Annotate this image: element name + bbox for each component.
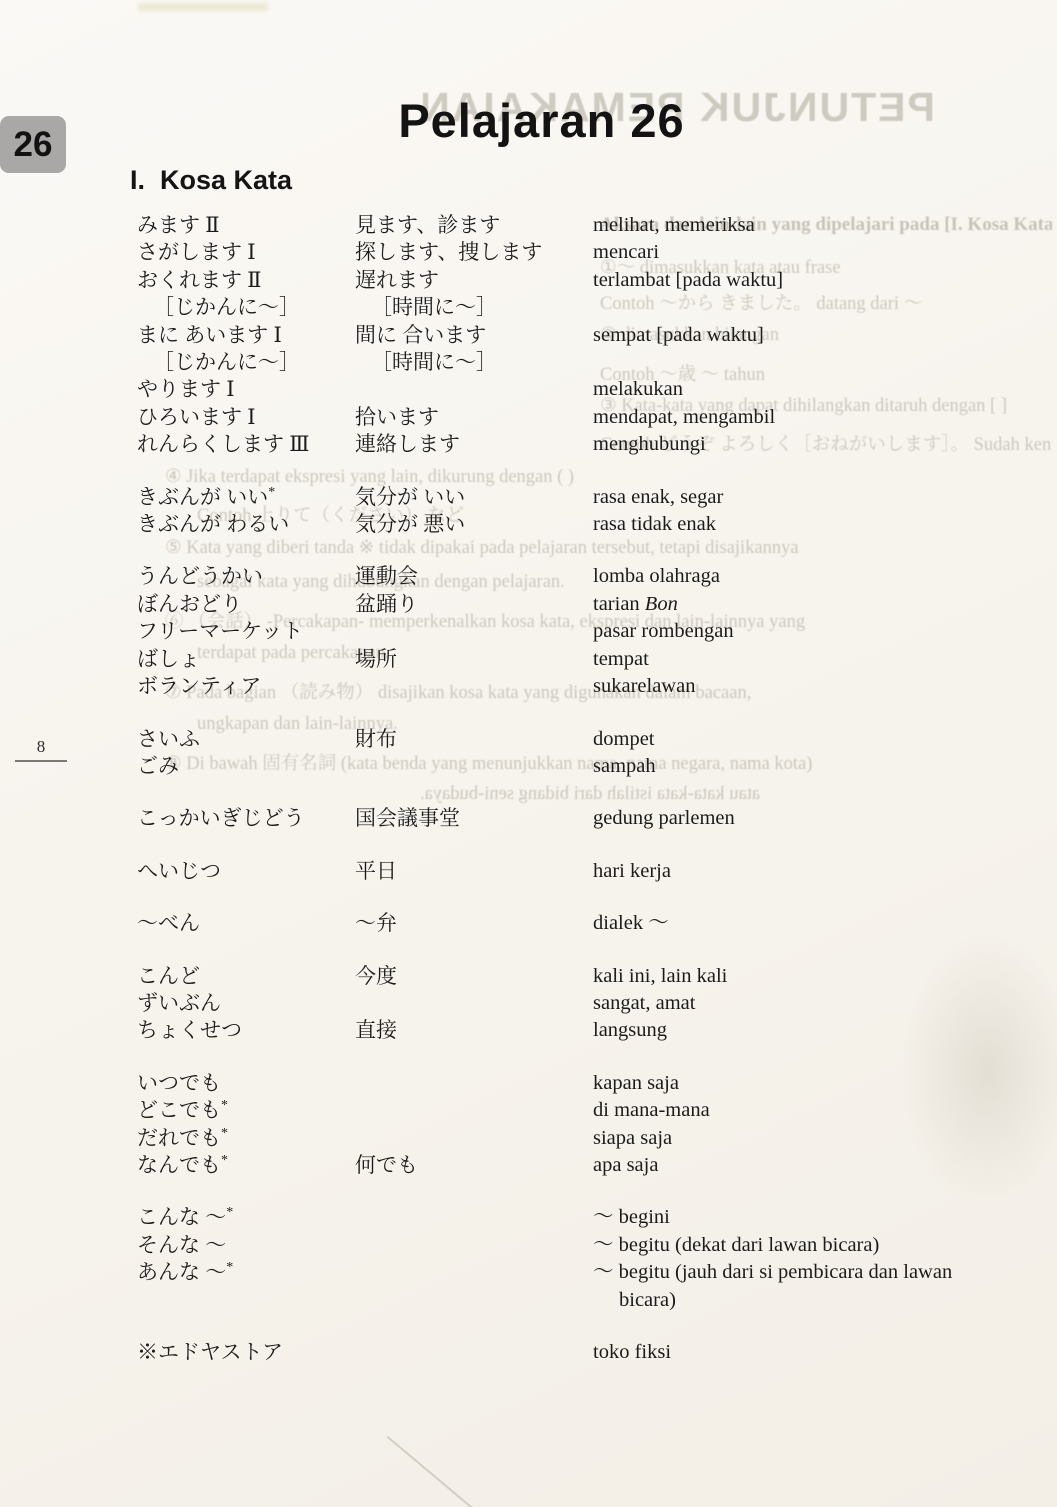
asterisk-mark: * bbox=[221, 1098, 228, 1113]
kanji-text: 盆踊り bbox=[355, 591, 593, 618]
vocab-row: あんな ～*～ begitu (jauh dari si pembicara d… bbox=[137, 1259, 1017, 1314]
meaning-italic: Bon bbox=[645, 593, 678, 615]
kana-text: そんな ～ bbox=[137, 1232, 355, 1259]
kanji-text: 直接 bbox=[355, 1017, 593, 1044]
vocab-row: フリーマーケットpasar rombengan bbox=[137, 618, 1017, 645]
scanned-textbook-page: PETUNJUK PEMAKAIAN Aksara dan lain-lain … bbox=[0, 0, 1057, 1507]
kanji-text: 場所 bbox=[355, 646, 593, 673]
kana-text: さがします Ⅰ bbox=[137, 239, 355, 266]
vocab-row: ひろいます Ⅰ拾いますmendapat, mengambil bbox=[137, 404, 1017, 431]
vocab-row: きぶんが いい*気分が いいrasa enak, segar bbox=[137, 484, 1017, 511]
meaning-text: rasa tidak enak bbox=[593, 511, 997, 538]
kanji-text: 見ます、診ます bbox=[355, 212, 593, 239]
kana-text: やります Ⅰ bbox=[137, 376, 355, 403]
meaning-text: pasar rombengan bbox=[593, 618, 997, 645]
vocab-row: れんらくします Ⅲ連絡しますmenghubungi bbox=[137, 431, 1017, 458]
kanji-text: 気分が 悪い bbox=[355, 511, 593, 538]
kana-text: ごみ bbox=[137, 753, 355, 780]
kana-text: なんでも* bbox=[137, 1152, 355, 1179]
meaning-text: toko fiksi bbox=[593, 1339, 997, 1366]
meaning-text: sampah bbox=[593, 753, 997, 780]
vocab-row: ［じかんに～］［時間に～］ bbox=[137, 294, 1017, 321]
page-number: 8 bbox=[15, 737, 67, 762]
kanji-text: 連絡します bbox=[355, 431, 593, 458]
meaning-text: menghubungi bbox=[593, 431, 997, 458]
vocab-row: きぶんが わるい気分が 悪いrasa tidak enak bbox=[137, 511, 1017, 538]
meaning-text: kali ini, lain kali bbox=[593, 963, 997, 990]
kanji-text: 探します、捜します bbox=[355, 239, 593, 266]
section-title: Kosa Kata bbox=[160, 165, 292, 195]
vocab-row: ボランティアsukarelawan bbox=[137, 673, 1017, 700]
kana-text: ちょくせつ bbox=[137, 1017, 355, 1044]
page-title: Pelajaran 26 bbox=[0, 93, 1057, 148]
vocab-row: さいふ財布dompet bbox=[137, 726, 1017, 753]
kana-text: うんどうかい bbox=[137, 563, 355, 590]
vocab-row: ちょくせつ直接langsung bbox=[137, 1017, 1017, 1044]
vocab-row: そんな ～～ begitu (dekat dari lawan bicara) bbox=[137, 1232, 1017, 1259]
vocab-group: へいじつ平日hari kerja bbox=[137, 858, 1017, 885]
meaning-text: apa saja bbox=[593, 1152, 997, 1179]
meaning-text: tarian Bon bbox=[593, 591, 997, 618]
meaning-text: sempat [pada waktu] bbox=[593, 322, 997, 349]
kana-text: だれでも* bbox=[137, 1125, 355, 1152]
vocab-row: へいじつ平日hari kerja bbox=[137, 858, 1017, 885]
kana-text: フリーマーケット bbox=[137, 618, 355, 645]
vocab-row: どこでも*di mana-mana bbox=[137, 1097, 1017, 1124]
paper-crease-line bbox=[387, 1436, 476, 1507]
vocab-group: いつでもkapan sajaどこでも*di mana-manaだれでも*siap… bbox=[137, 1070, 1017, 1180]
meaning-text: sangat, amat bbox=[593, 990, 997, 1017]
scan-speck bbox=[138, 3, 268, 11]
section-numeral: I. bbox=[130, 165, 145, 195]
asterisk-mark: * bbox=[226, 1260, 233, 1275]
vocab-row: ごみsampah bbox=[137, 753, 1017, 780]
meaning-text: melakukan bbox=[593, 376, 997, 403]
vocab-row: こっかいぎじどう国会議事堂gedung parlemen bbox=[137, 805, 1017, 832]
meaning-text: lomba olahraga bbox=[593, 563, 997, 590]
meaning-text: ～ begitu (jauh dari si pembicara dan law… bbox=[593, 1259, 997, 1314]
vocab-row: おくれます Ⅱ遅れますterlambat [pada waktu] bbox=[137, 267, 1017, 294]
kana-text: こっかいぎじどう bbox=[137, 805, 355, 832]
kana-text: きぶんが いい* bbox=[137, 484, 355, 511]
kana-text: まに あいます Ⅰ bbox=[137, 322, 355, 349]
vocab-group: さいふ財布dompetごみsampah bbox=[137, 726, 1017, 781]
meaning-text: terlambat [pada waktu] bbox=[593, 267, 997, 294]
meaning-text: rasa enak, segar bbox=[593, 484, 997, 511]
meaning-text: dialek ～ bbox=[593, 910, 997, 937]
vocab-row: ※エドヤストアtoko fiksi bbox=[137, 1339, 1017, 1366]
kanji-text: 間に 合います bbox=[355, 322, 593, 349]
vocab-group: きぶんが いい*気分が いいrasa enak, segarきぶんが わるい気分… bbox=[137, 484, 1017, 539]
vocab-group: こんど今度kali ini, lain kaliずいぶんsangat, amat… bbox=[137, 963, 1017, 1045]
asterisk-mark: * bbox=[268, 485, 275, 500]
meaning-text: siapa saja bbox=[593, 1125, 997, 1152]
kana-text: ひろいます Ⅰ bbox=[137, 404, 355, 431]
meaning-text: hari kerja bbox=[593, 858, 997, 885]
vocab-row: ぼんおどり盆踊りtarian Bon bbox=[137, 591, 1017, 618]
vocab-row: まに あいます Ⅰ間に 合いますsempat [pada waktu] bbox=[137, 322, 1017, 349]
meaning-text: melihat, memeriksa bbox=[593, 212, 997, 239]
kanji-text: 拾います bbox=[355, 404, 593, 431]
vocab-group: ※エドヤストアtoko fiksi bbox=[137, 1339, 1017, 1366]
kana-text: へいじつ bbox=[137, 858, 355, 885]
vocab-row: こんな ～*～ begini bbox=[137, 1204, 1017, 1231]
kana-text: きぶんが わるい bbox=[137, 511, 355, 538]
vocab-list: みます Ⅱ見ます、診ますmelihat, memeriksaさがします Ⅰ探しま… bbox=[137, 212, 1017, 1391]
vocab-row: さがします Ⅰ探します、捜しますmencari bbox=[137, 239, 1017, 266]
kanji-text: 運動会 bbox=[355, 563, 593, 590]
kana-text: どこでも* bbox=[137, 1097, 355, 1124]
vocab-row: ～べん～弁dialek ～ bbox=[137, 910, 1017, 937]
kana-text: ボランティア bbox=[137, 673, 355, 700]
kanji-text: 今度 bbox=[355, 963, 593, 990]
kanji-text: ～弁 bbox=[355, 910, 593, 937]
meaning-text: langsung bbox=[593, 1017, 997, 1044]
kana-text: こんな ～* bbox=[137, 1204, 355, 1231]
asterisk-mark: * bbox=[221, 1153, 228, 1168]
meaning-text: mencari bbox=[593, 239, 997, 266]
vocab-group: こんな ～*～ beginiそんな ～～ begitu (dekat dari … bbox=[137, 1204, 1017, 1314]
asterisk-mark: * bbox=[221, 1126, 228, 1141]
kana-text: さいふ bbox=[137, 726, 355, 753]
kanji-text: 財布 bbox=[355, 726, 593, 753]
kana-text: こんど bbox=[137, 963, 355, 990]
meaning-text: tempat bbox=[593, 646, 997, 673]
kana-text: ～べん bbox=[137, 910, 355, 937]
kanji-text: 平日 bbox=[355, 858, 593, 885]
vocab-row: こんど今度kali ini, lain kali bbox=[137, 963, 1017, 990]
vocab-group: こっかいぎじどう国会議事堂gedung parlemen bbox=[137, 805, 1017, 832]
kanji-text: ［時間に～］ bbox=[355, 349, 593, 376]
vocab-row: やります Ⅰmelakukan bbox=[137, 376, 1017, 403]
meaning-text: gedung parlemen bbox=[593, 805, 997, 832]
vocab-row: ［じかんに～］［時間に～］ bbox=[137, 349, 1017, 376]
kana-text: れんらくします Ⅲ bbox=[137, 431, 355, 458]
meaning-text: kapan saja bbox=[593, 1070, 997, 1097]
kana-text: ※エドヤストア bbox=[137, 1339, 355, 1366]
vocab-row: うんどうかい運動会lomba olahraga bbox=[137, 563, 1017, 590]
kana-text: おくれます Ⅱ bbox=[137, 267, 355, 294]
kanji-text: 何でも bbox=[355, 1152, 593, 1179]
vocab-group: うんどうかい運動会lomba olahragaぼんおどり盆踊りtarian Bo… bbox=[137, 563, 1017, 700]
vocab-group: ～べん～弁dialek ～ bbox=[137, 910, 1017, 937]
vocab-row: ずいぶんsangat, amat bbox=[137, 990, 1017, 1017]
meaning-text: ～ begini bbox=[593, 1204, 997, 1231]
kana-text: ずいぶん bbox=[137, 990, 355, 1017]
section-heading: I.Kosa Kata bbox=[130, 165, 292, 196]
meaning-text: dompet bbox=[593, 726, 997, 753]
vocab-group: みます Ⅱ見ます、診ますmelihat, memeriksaさがします Ⅰ探しま… bbox=[137, 212, 1017, 459]
kanji-text: ［時間に～］ bbox=[355, 294, 593, 321]
meaning-text: di mana-mana bbox=[593, 1097, 997, 1124]
kana-text: ばしょ bbox=[137, 646, 355, 673]
vocab-row: ばしょ場所tempat bbox=[137, 646, 1017, 673]
vocab-row: なんでも*何でもapa saja bbox=[137, 1152, 1017, 1179]
kana-text: ［じかんに～］ bbox=[137, 349, 355, 376]
kana-text: いつでも bbox=[137, 1070, 355, 1097]
meaning-text: sukarelawan bbox=[593, 673, 997, 700]
kana-text: ［じかんに～］ bbox=[137, 294, 355, 321]
kanji-text: 国会議事堂 bbox=[355, 805, 593, 832]
kana-text: あんな ～* bbox=[137, 1259, 355, 1286]
asterisk-mark: * bbox=[226, 1205, 233, 1220]
kanji-text: 遅れます bbox=[355, 267, 593, 294]
kanji-text: 気分が いい bbox=[355, 484, 593, 511]
kana-text: みます Ⅱ bbox=[137, 212, 355, 239]
vocab-row: だれでも*siapa saja bbox=[137, 1125, 1017, 1152]
meaning-text: ～ begitu (dekat dari lawan bicara) bbox=[593, 1232, 997, 1259]
vocab-row: いつでもkapan saja bbox=[137, 1070, 1017, 1097]
meaning-text: mendapat, mengambil bbox=[593, 404, 997, 431]
kana-text: ぼんおどり bbox=[137, 591, 355, 618]
vocab-row: みます Ⅱ見ます、診ますmelihat, memeriksa bbox=[137, 212, 1017, 239]
